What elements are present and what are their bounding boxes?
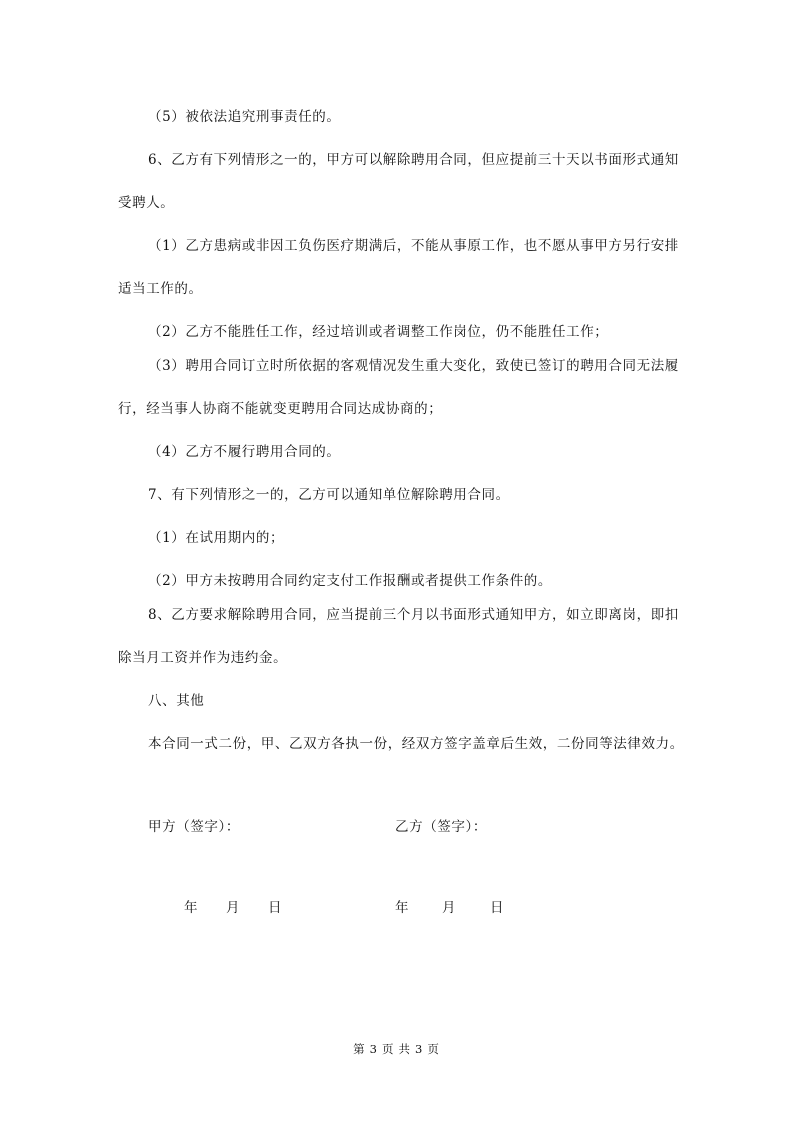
- footer-suffix: 页: [427, 1042, 440, 1056]
- text-line: （1）在试用期内的；: [148, 529, 284, 547]
- party-b-signature-label: 乙方（签字）：: [395, 818, 487, 836]
- text-line: （5）被依法追究刑事责任的。: [148, 108, 341, 126]
- date-day: 日: [268, 899, 282, 917]
- date-year: 年: [184, 899, 198, 917]
- text-line: 6、乙方有下列情形之一的，甲方可以解除聘用合同，但应提前三十天以书面形式通知: [148, 151, 679, 169]
- text-line: （1）乙方患病或非因工负伤医疗期满后，不能从事原工作，也不愿从事甲方另行安排: [148, 237, 679, 255]
- text-line: （2）甲方未按聘用合同约定支付工作报酬或者提供工作条件的。: [148, 572, 552, 590]
- text-line: （4）乙方不履行聘用合同的。: [148, 443, 341, 461]
- date-year: 年: [395, 899, 409, 917]
- date-month: 月: [226, 899, 240, 917]
- total-page-count: 3: [415, 1042, 423, 1056]
- page-footer: 第3页共3页: [0, 1041, 793, 1057]
- footer-total-prefix: 共: [399, 1042, 412, 1056]
- date-month: 月: [442, 899, 456, 917]
- text-line: 本合同一式二份，甲、乙双方各执一份，经双方签字盖章后生效，二份同等法律效力。: [148, 735, 684, 753]
- party-a-signature-label: 甲方（签字）：: [148, 818, 240, 836]
- text-line: 适当工作的。: [118, 280, 203, 298]
- text-line: （3）聘用合同订立时所依据的客观情况发生重大变化，致使已签订的聘用合同无法履: [148, 357, 679, 375]
- text-line: 八、其他: [148, 692, 204, 710]
- date-day: 日: [490, 899, 504, 917]
- text-line: 8、乙方要求解除聘用合同，应当提前三个月以书面形式通知甲方，如立即离岗，即扣: [148, 606, 679, 624]
- text-line: （2）乙方不能胜任工作，经过培训或者调整工作岗位，仍不能胜任工作；: [148, 323, 608, 341]
- text-line: 除当月工资并作为违约金。: [118, 649, 287, 667]
- current-page-number: 3: [370, 1042, 378, 1056]
- text-line: 受聘人。: [118, 194, 174, 212]
- footer-prefix: 第: [353, 1042, 366, 1056]
- footer-page-word: 页: [382, 1042, 395, 1056]
- text-line: 7、有下列情形之一的，乙方可以通知单位解除聘用合同。: [148, 486, 510, 504]
- text-line: 行，经当事人协商不能就变更聘用合同达成协商的；: [118, 400, 442, 418]
